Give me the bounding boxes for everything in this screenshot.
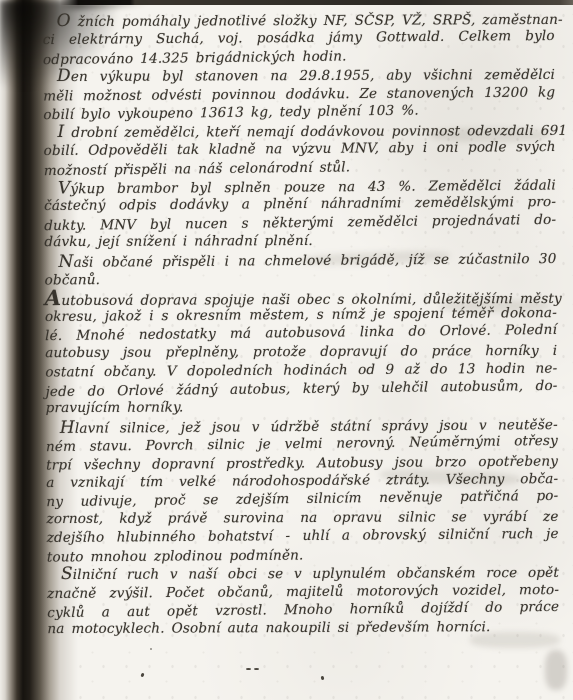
handwritten-line: pravujícím horníky. — [46, 397, 558, 418]
handwritten-line: dávku, její snížení i náhradní plnění. — [44, 231, 556, 252]
handwritten-line: I drobní zemědělci, kteří nemají dodávko… — [43, 121, 555, 142]
handwritten-line: Den výkupu byl stanoven na 29.8.1955, ab… — [43, 65, 555, 86]
ink-speck — [246, 668, 251, 670]
ink-speck — [321, 676, 325, 681]
handwritten-line: na motocyklech. Osobní auta nakoupili si… — [47, 618, 559, 639]
ink-speck — [140, 673, 144, 678]
handwritten-line: Silniční ruch v naší obci se v uplynulém… — [47, 563, 559, 584]
handwritten-line: O žních pomáhaly jednotlivé složky NF, S… — [43, 10, 555, 31]
ink-speck — [150, 648, 152, 650]
handwritten-line: zornost, když právě surovina na opravu s… — [46, 508, 558, 529]
handwritten-text-block: O žních pomáhaly jednotlivé složky NF, S… — [43, 9, 560, 640]
handwritten-line: autobusy jsou přeplněny, protože dopravu… — [45, 342, 557, 363]
page-edge-smudge — [545, 650, 567, 690]
handwritten-line: Autobusová doprava spojuje naši obec s o… — [45, 286, 557, 307]
scanned-page: O žních pomáhaly jednotlivé složky NF, S… — [0, 0, 573, 700]
ink-speck — [254, 668, 259, 670]
